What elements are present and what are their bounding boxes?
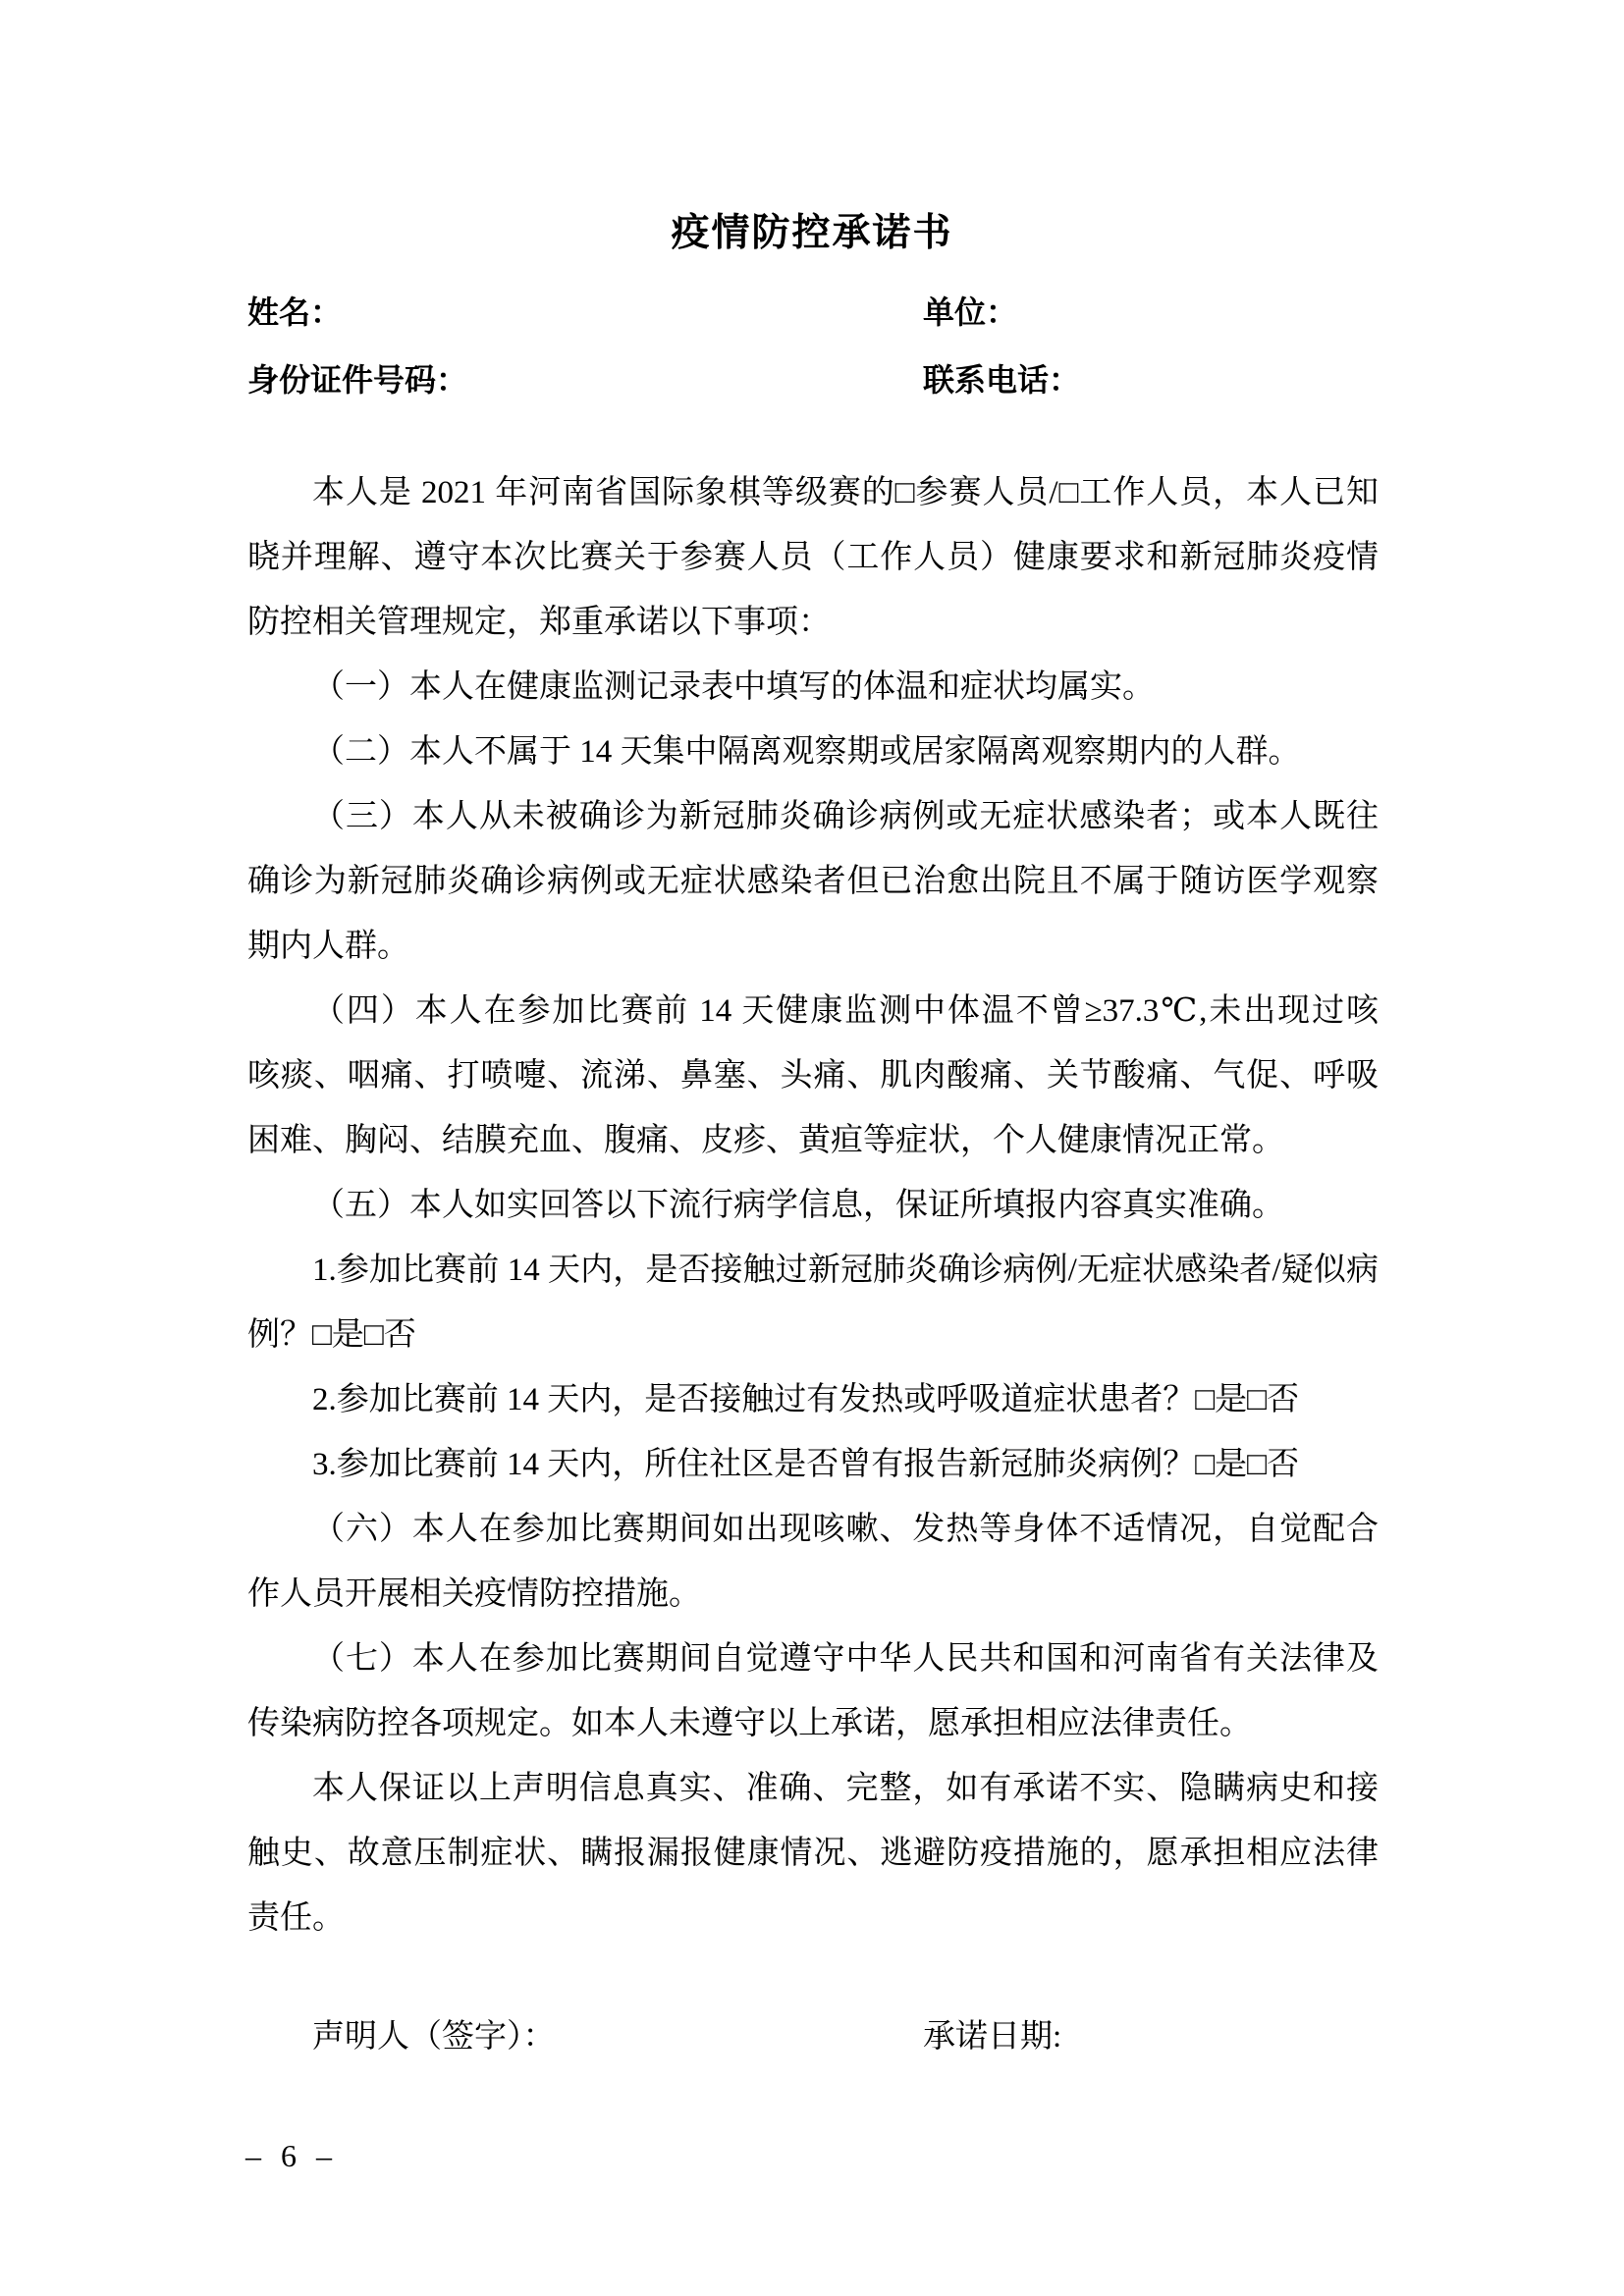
body-line: （四）本人在参加比赛前 14 天健康监测中体温不曾≥37.3℃,未出现过咳嗽、 <box>247 979 1379 1043</box>
body-line: 晓并理解、遵守本次比赛关于参赛人员（工作人员）健康要求和新冠肺炎疫情 <box>247 525 1379 590</box>
body-line: （五）本人如实回答以下流行病学信息，保证所填报内容真实准确。 <box>247 1173 1379 1238</box>
body-line: 例？□是□否 <box>247 1303 1379 1367</box>
unit-label: 单位： <box>923 291 1017 334</box>
body-line: 本人保证以上声明信息真实、准确、完整，如有承诺不实、隐瞒病史和接 <box>247 1756 1379 1821</box>
commitment-body: 本人是 2021 年河南省国际象棋等级赛的□参赛人员/□工作人员，本人已知晓并理… <box>247 460 1379 1950</box>
body-line: 作人员开展相关疫情防控措施。 <box>247 1562 1379 1627</box>
body-line: 咳痰、咽痛、打喷嚏、流涕、鼻塞、头痛、肌肉酸痛、关节酸痛、气促、呼吸 <box>247 1043 1379 1108</box>
body-line: 防控相关管理规定，郑重承诺以下事项： <box>247 590 1379 655</box>
body-line: （六）本人在参加比赛期间如出现咳嗽、发热等身体不适情况，自觉配合工 <box>247 1497 1379 1562</box>
body-line: 3.参加比赛前 14 天内，所住社区是否曾有报告新冠肺炎病例？□是□否 <box>247 1432 1379 1497</box>
body-line: 1.参加比赛前 14 天内，是否接触过新冠肺炎确诊病例/无症状感染者/疑似病 <box>247 1238 1379 1303</box>
body-line: 期内人群。 <box>247 914 1379 979</box>
body-line: 责任。 <box>247 1886 1379 1950</box>
phone-label: 联系电话： <box>923 358 1080 401</box>
body-line: 传染病防控各项规定。如本人未遵守以上承诺，愿承担相应法律责任。 <box>247 1691 1379 1756</box>
page-title: 疫情防控承诺书 <box>0 210 1624 257</box>
body-line: 本人是 2021 年河南省国际象棋等级赛的□参赛人员/□工作人员，本人已知 <box>247 460 1379 525</box>
body-line: 困难、胸闷、结膜充血、腹痛、皮疹、黄疸等症状，个人健康情况正常。 <box>247 1108 1379 1173</box>
id-number-label: 身份证件号码： <box>247 362 467 398</box>
body-line: 确诊为新冠肺炎确诊病例或无症状感染者但已治愈出院且不属于随访医学观察 <box>247 849 1379 914</box>
page-number: – 6 – <box>245 2136 338 2175</box>
document-page: 疫情防控承诺书 姓名： 单位： 身份证件号码： 联系电话： 本人是 2021 年… <box>0 0 1624 2296</box>
body-line: 触史、故意压制症状、瞒报漏报健康情况、逃避防疫措施的，愿承担相应法律 <box>247 1821 1379 1886</box>
body-line: （七）本人在参加比赛期间自觉遵守中华人民共和国和河南省有关法律及 <box>247 1627 1379 1691</box>
body-line: （二）本人不属于 14 天集中隔离观察期或居家隔离观察期内的人群。 <box>247 720 1379 784</box>
body-line: 2.参加比赛前 14 天内，是否接触过有发热或呼吸道症状患者？□是□否 <box>247 1367 1379 1432</box>
body-line: （三）本人从未被确诊为新冠肺炎确诊病例或无症状感染者；或本人既往被 <box>247 784 1379 849</box>
header-row-1: 姓名： 单位： <box>247 291 1379 334</box>
name-label: 姓名： <box>247 294 342 330</box>
body-line: （一）本人在健康监测记录表中填写的体温和症状均属实。 <box>247 655 1379 720</box>
signer-signature-label: 声明人（签字）： <box>312 2019 556 2055</box>
signature-row: 声明人（签字）： 承诺日期: <box>247 2004 1379 2069</box>
commitment-date-label: 承诺日期: <box>923 2004 1061 2069</box>
header-row-2: 身份证件号码： 联系电话： <box>247 358 1379 401</box>
